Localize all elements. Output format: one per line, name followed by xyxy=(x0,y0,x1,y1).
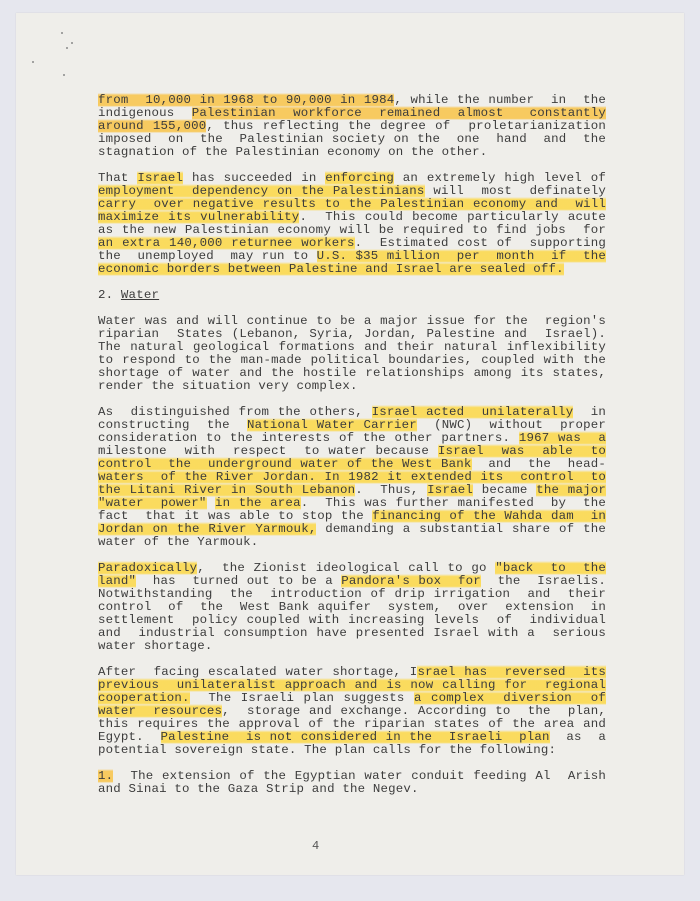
highlighted-text: an extra 140,000 returnee workers xyxy=(98,236,355,250)
paper-speck xyxy=(61,32,63,34)
intro-paragraphs: from 10,000 in 1968 to 90,000 in 1984, w… xyxy=(98,94,606,276)
text-span: constructing the xyxy=(98,418,247,432)
paragraph-item-1: 1. The extension of the Egyptian water c… xyxy=(98,770,606,796)
paragraph-paradox: Paradoxically, the Zionist ideological c… xyxy=(98,562,606,653)
section-number: 2. xyxy=(98,288,113,302)
text-span: and industrial consumption have presente… xyxy=(98,626,606,640)
highlighted-text: "back to the xyxy=(495,561,606,575)
text-span: Egypt. xyxy=(98,730,161,744)
text-line: potential sovereign state. The plan call… xyxy=(98,744,606,757)
highlighted-text: employment dependency on the Palestinian… xyxy=(98,184,425,198)
highlighted-text: previous unilateralist approach and is n… xyxy=(98,678,606,692)
highlighted-text: cooperation. xyxy=(98,691,190,705)
text-span: Water was and will continue to be a majo… xyxy=(98,314,606,328)
highlighted-text: enforcing xyxy=(325,171,394,185)
text-span: . This was further manifested by the xyxy=(301,496,606,510)
text-span: potential sovereign state. The plan call… xyxy=(98,743,556,757)
text-span: riparian States (Lebanon, Syria, Jordan,… xyxy=(98,327,606,341)
highlighted-text: Jordan on the River Yarmouk, xyxy=(98,522,316,536)
text-line: water shortage. xyxy=(98,640,606,653)
text-span: the unemployed may run to xyxy=(98,249,317,263)
text-span: milestone with respect to water because xyxy=(98,444,438,458)
highlighted-text: maximize its vulnerability xyxy=(98,210,299,224)
page-number: 4 xyxy=(312,839,322,853)
text-span: and Sinai to the Gaza Strip and the Nege… xyxy=(98,782,419,796)
highlighted-text: 1. xyxy=(98,769,113,783)
highlighted-text: In 1982 it extended its control to xyxy=(316,470,606,484)
highlighted-text: National Water Carrier xyxy=(247,418,417,432)
text-span: in xyxy=(573,405,606,419)
text-span: , while the number in the xyxy=(394,93,606,107)
section-heading: 2. Water xyxy=(98,289,606,302)
highlighted-text: U.S. $35 million per month if the xyxy=(317,249,606,263)
text-span: stagnation of the Palestinian economy on… xyxy=(98,145,487,159)
text-span: settlement policy coupled with increasin… xyxy=(98,613,606,627)
text-span: control of the West Bank aquifer system,… xyxy=(98,600,606,614)
paper-speck xyxy=(66,47,68,49)
text-span: became xyxy=(473,483,536,497)
section-title: Water xyxy=(121,288,159,302)
highlighted-text: a complex diversion of xyxy=(414,691,606,705)
text-span: The extension of the Egyptian water cond… xyxy=(113,769,606,783)
text-span: , storage and exchange. According to the… xyxy=(222,704,606,718)
text-line: and Sinai to the Gaza Strip and the Nege… xyxy=(98,783,606,796)
text-span xyxy=(207,496,215,510)
text-span: . Estimated cost of supporting xyxy=(355,236,606,250)
text-span: indigenous xyxy=(98,106,192,120)
highlighted-text: from 10,000 in 1968 to 90,000 in 1984 xyxy=(98,93,394,107)
text-span: water shortage. xyxy=(98,639,213,653)
highlighted-text: financing of the Wahda dam in xyxy=(372,509,606,523)
highlighted-text: Israel was able to xyxy=(438,444,606,458)
highlighted-text: in the area xyxy=(215,496,301,510)
paragraph-workforce: from 10,000 in 1968 to 90,000 in 1984, w… xyxy=(98,94,606,159)
text-line: stagnation of the Palestinian economy on… xyxy=(98,146,606,159)
highlighted-text: Paradoxically xyxy=(98,561,197,575)
paragraph-dependency: That Israel has succeeded in enforcing a… xyxy=(98,172,606,276)
highlighted-text: 1967 was a xyxy=(519,431,606,445)
text-span: After facing escalated water shortage, I xyxy=(98,665,417,679)
highlighted-text: water resources xyxy=(98,704,222,718)
text-span: That xyxy=(98,171,137,185)
paper-speck xyxy=(71,42,73,44)
text-span: . Thus, xyxy=(355,483,427,497)
highlighted-text: waters of the River Jordan. xyxy=(98,470,316,484)
highlighted-text: control the underground water of the Wes… xyxy=(98,457,472,471)
text-span: as a xyxy=(550,730,606,744)
highlighted-text: Pandora's box for xyxy=(341,574,481,588)
paper-speck xyxy=(63,74,65,76)
text-span: , the Zionist ideological call to go xyxy=(197,561,495,575)
text-span: , thus reflecting the degree of proletar… xyxy=(206,119,606,133)
highlighted-text: the Litani River in South Lebanon xyxy=(98,483,355,497)
highlighted-text: economic borders between Palestine and I… xyxy=(98,262,564,276)
paragraph-regional: After facing escalated water shortage, I… xyxy=(98,666,606,757)
text-span: an extremely high level of xyxy=(394,171,606,185)
text-span: this requires the approval of the ripari… xyxy=(98,717,606,731)
text-span: demanding a substantial share of the xyxy=(316,522,606,536)
text-span: as the new Palestinian economy will be r… xyxy=(98,223,606,237)
text-span: shortage of water and the hostile relati… xyxy=(98,366,606,380)
highlighted-text: carry over negative results to the Pales… xyxy=(98,197,606,211)
text-span: fact that it was able to stop the xyxy=(98,509,372,523)
highlighted-text: land" xyxy=(98,574,136,588)
text-span: has succeeded in xyxy=(183,171,325,185)
text-span: consideration to the interests of the ot… xyxy=(98,431,519,445)
highlighted-text: Palestinian workforce remained almost co… xyxy=(192,106,606,120)
text-span: to respond to the man-made political bou… xyxy=(98,353,606,367)
highlighted-text: around 155,000 xyxy=(98,119,206,133)
paper-speck xyxy=(32,61,34,63)
highlighted-text: Israel acted unilaterally xyxy=(372,405,574,419)
water-paragraphs: Water was and will continue to be a majo… xyxy=(98,315,606,796)
text-span: As distinguished from the others, xyxy=(98,405,372,419)
text-span: (NWC) without proper xyxy=(417,418,606,432)
text-span: will most definately xyxy=(425,184,606,198)
text-span: imposed on the Palestinian society on th… xyxy=(98,132,606,146)
highlighted-text: srael has reversed its xyxy=(417,665,606,679)
text-line: render the situation very complex. xyxy=(98,380,606,393)
text-span: has turned out to be a xyxy=(136,574,341,588)
highlighted-text: Israel xyxy=(427,483,473,497)
text-span: The natural geological formations and th… xyxy=(98,340,606,354)
text-span: render the situation very complex. xyxy=(98,379,358,393)
text-span: water of the Yarmouk. xyxy=(98,535,258,549)
text-line: economic borders between Palestine and I… xyxy=(98,263,606,276)
document-body: from 10,000 in 1968 to 90,000 in 1984, w… xyxy=(98,94,606,809)
text-span: . This could become particularly acute xyxy=(299,210,606,224)
highlighted-text: the major xyxy=(536,483,606,497)
text-span: The Israeli plan suggests xyxy=(190,691,414,705)
text-span: Notwithstanding the introduction of drip… xyxy=(98,587,606,601)
highlighted-text: Israel xyxy=(137,171,183,185)
paragraph-water-intro: Water was and will continue to be a majo… xyxy=(98,315,606,393)
highlighted-text: Palestine is not considered in the Israe… xyxy=(161,730,550,744)
text-line: water of the Yarmouk. xyxy=(98,536,606,549)
paragraph-unilateral: As distinguished from the others, Israel… xyxy=(98,406,606,549)
text-span: and the head- xyxy=(472,457,606,471)
text-span: the Israelis. xyxy=(481,574,606,588)
highlighted-text: "water power" xyxy=(98,496,207,510)
